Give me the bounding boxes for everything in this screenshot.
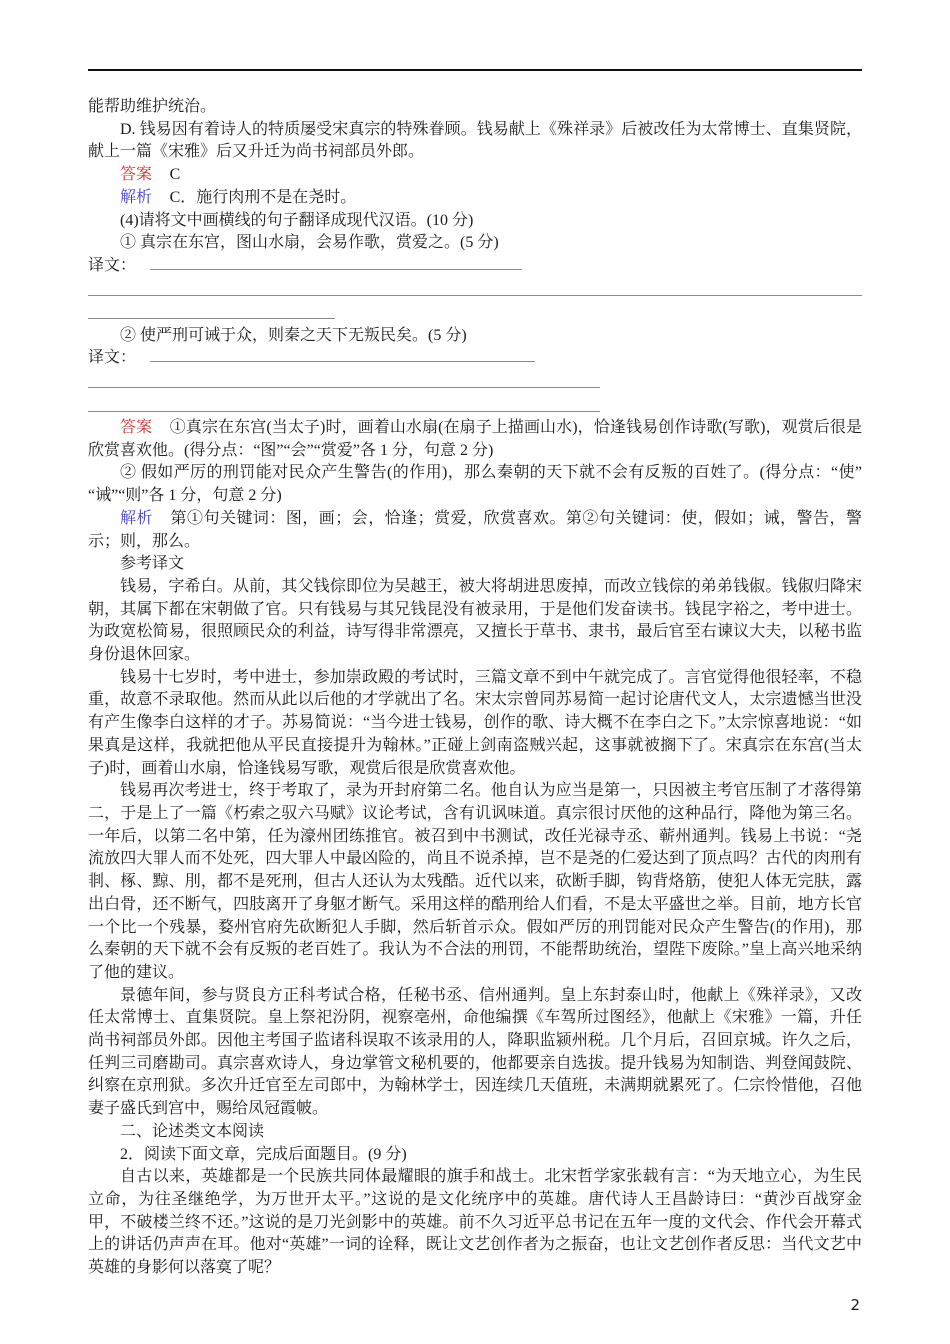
translation-underline — [150, 347, 535, 362]
paragraph: 景德年间，参与贤良方正科考试合格，任秘书丞、信州通判。皇上东封泰山时，他献上《殊… — [88, 985, 862, 1121]
analysis-label: 解析 — [120, 510, 153, 527]
text-run: (4)请将文中画横线的句子翻译成现代汉语。(10 分) — [120, 212, 473, 229]
paragraph: 答案①真宗在东宫(当太子)时，画着山水扇(在扇子上描画山水)，恰逢钱易创作诗歌(… — [88, 417, 862, 462]
text-run: ① 真宗在东宫，图山水扇，会易作歌，赏爱之。(5 分) — [120, 234, 499, 251]
translation-label: 译文： — [88, 257, 136, 274]
translation-underline — [150, 255, 522, 270]
paragraph: 解析C．施行肉刑不是在尧时。 — [88, 187, 862, 210]
text-run: 能帮助维护统治。 — [88, 98, 216, 115]
blank-answer-line — [88, 301, 862, 325]
paragraph: 2．阅读下面文章，完成后面题目。(9 分) — [88, 1144, 862, 1167]
paragraph: 解析第①句关键词：图，画；会，恰逢；赏爱，欣赏喜欢。第②句关键词：使，假如；诫，… — [88, 508, 862, 553]
text-run: 第①句关键词：图，画；会，恰逢；赏爱，欣赏喜欢。第②句关键词：使，假如；诫，警告… — [88, 510, 862, 550]
text-run: ①真宗在东宫(当太子)时，画着山水扇(在扇子上描画山水)，恰逢钱易创作诗歌(写歌… — [88, 419, 862, 459]
text-run: ② 假如严厉的刑罚能对民众产生警告(的作用)，那么秦朝的天下就不会有反叛的百姓了… — [88, 464, 862, 504]
answer-label: 答案 — [120, 419, 152, 436]
text-run: 参考译文 — [120, 555, 184, 572]
text-run: C．施行肉刑不是在尧时。 — [170, 189, 357, 206]
text-run: 景德年间，参与贤良方正科考试合格，任秘书丞、信州通判。皇上东封泰山时，他献上《殊… — [88, 987, 862, 1118]
document-content: 能帮助维护统治。D. 钱易因有着诗人的特质屡受宋真宗的特殊眷顾。钱易献上《殊祥录… — [88, 96, 862, 1280]
text-run: 2．阅读下面文章，完成后面题目。(9 分) — [120, 1146, 407, 1163]
translation-line: 译文： — [88, 255, 862, 278]
paragraph: 答案C — [88, 164, 862, 187]
blank-answer-line — [88, 370, 862, 394]
blank-answer-line — [88, 278, 862, 302]
answer-label: 答案 — [120, 166, 152, 183]
text-run: 钱易再次考进士，终于考取了，录为开封府第二名。他自认为应当是第一，只因被主考官压… — [88, 782, 862, 981]
text-run: 钱易，字希白。从前，其父钱倧即位为吴越王，被大将胡进思废掉，而改立钱倧的弟弟钱俶… — [88, 578, 862, 663]
page-number: 2 — [850, 1296, 860, 1314]
paragraph: 钱易再次考进士，终于考取了，录为开封府第二名。他自认为应当是第一，只因被主考官压… — [88, 780, 862, 984]
paragraph: D. 钱易因有着诗人的特质屡受宋真宗的特殊眷顾。钱易献上《殊祥录》后被改任为太常… — [88, 119, 862, 164]
blank-answer-underline — [88, 278, 862, 296]
paragraph: ① 真宗在东宫，图山水扇，会易作歌，赏爱之。(5 分) — [88, 232, 862, 255]
text-run: 自古以来，英雄都是一个民族共同体最耀眼的旗手和战士。北宋哲学家张载有言：“为天地… — [88, 1168, 862, 1276]
blank-answer-line — [88, 394, 862, 418]
paragraph: ② 假如严厉的刑罚能对民众产生警告(的作用)，那么秦朝的天下就不会有反叛的百姓了… — [88, 462, 862, 507]
text-run: C — [170, 166, 181, 183]
paragraph: 二、论述类文本阅读 — [88, 1121, 862, 1144]
text-run: 钱易十七岁时，考中进士，参加崇政殿的考试时，三篇文章不到中午就完成了。言官觉得他… — [88, 669, 862, 777]
paragraph: 自古以来，英雄都是一个民族共同体最耀眼的旗手和战士。北宋哲学家张载有言：“为天地… — [88, 1166, 862, 1280]
text-run: D. 钱易因有着诗人的特质屡受宋真宗的特殊眷顾。钱易献上《殊祥录》后被改任为太常… — [88, 121, 862, 161]
paragraph: 参考译文 — [88, 553, 862, 576]
paragraph: (4)请将文中画横线的句子翻译成现代汉语。(10 分) — [88, 210, 862, 233]
translation-line: 译文： — [88, 347, 862, 370]
blank-answer-underline — [88, 301, 335, 319]
header-rule — [88, 69, 862, 71]
blank-answer-underline — [88, 394, 600, 412]
paragraph: 钱易十七岁时，考中进士，参加崇政殿的考试时，三篇文章不到中午就完成了。言官觉得他… — [88, 667, 862, 781]
blank-answer-underline — [88, 370, 600, 388]
document-page: 能帮助维护统治。D. 钱易因有着诗人的特质屡受宋真宗的特殊眷顾。钱易献上《殊祥录… — [0, 0, 950, 1344]
text-run: ② 使严刑可诫于众，则秦之天下无叛民矣。(5 分) — [120, 327, 467, 344]
analysis-label: 解析 — [120, 189, 152, 206]
paragraph: 能帮助维护统治。 — [88, 96, 862, 119]
translation-label: 译文： — [88, 349, 136, 366]
text-run: 二、论述类文本阅读 — [120, 1123, 264, 1140]
paragraph: 钱易，字希白。从前，其父钱倧即位为吴越王，被大将胡进思废掉，而改立钱倧的弟弟钱俶… — [88, 576, 862, 667]
paragraph: ② 使严刑可诫于众，则秦之天下无叛民矣。(5 分) — [88, 325, 862, 348]
